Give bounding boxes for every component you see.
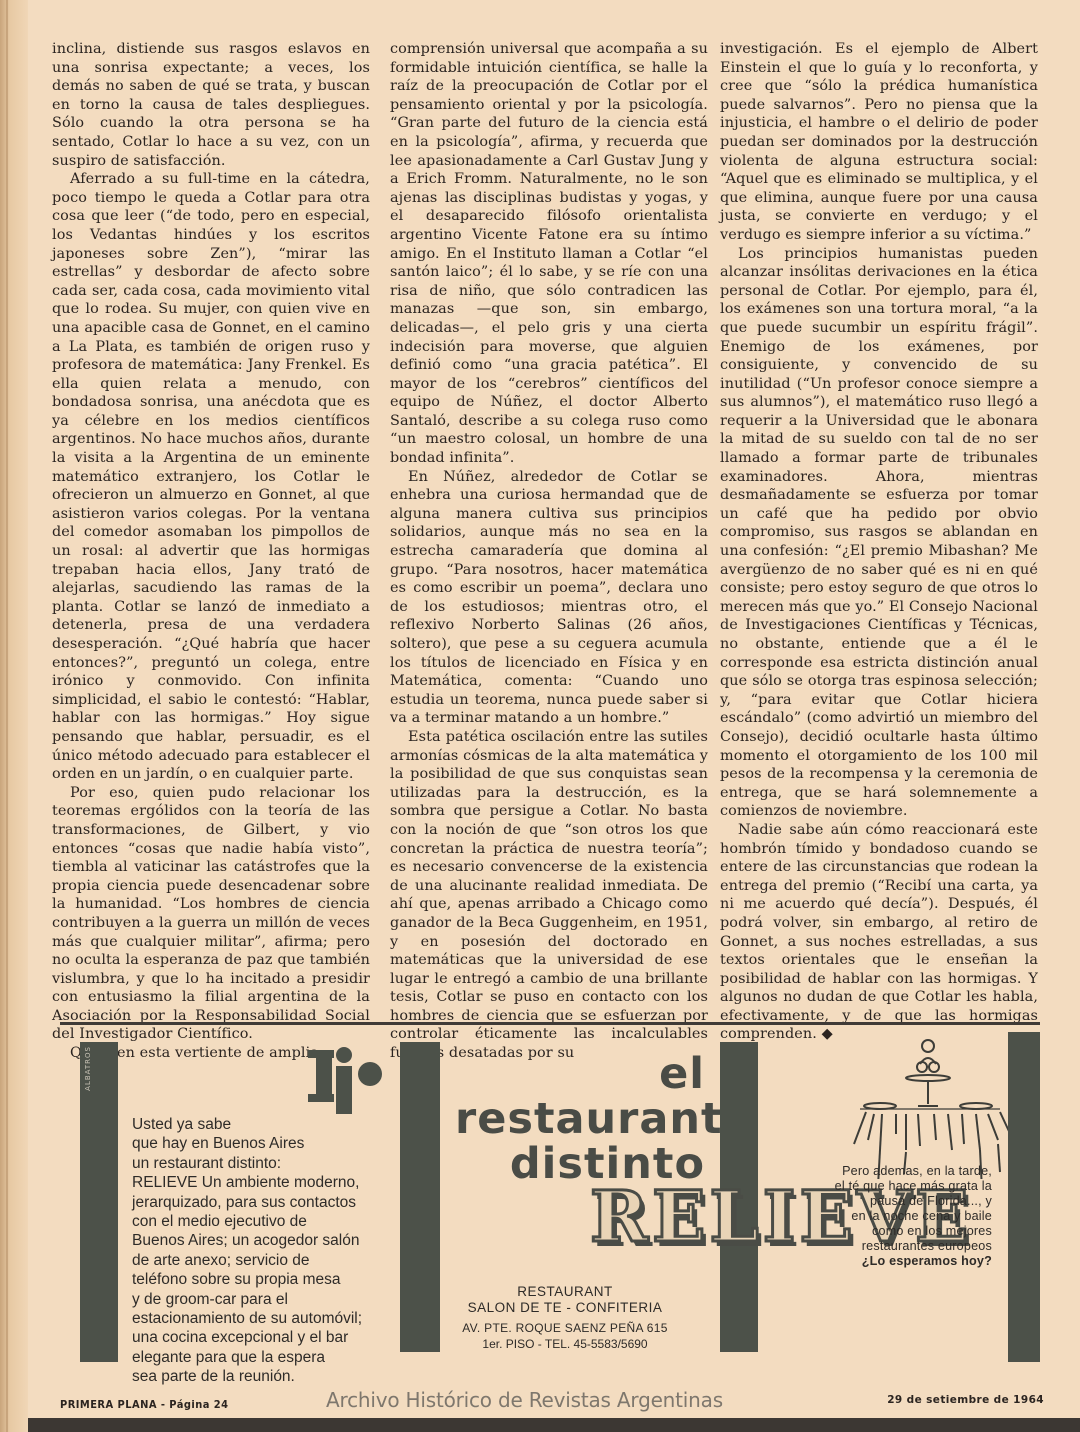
article-paragraph: Nadie sabe aún cómo reaccionará este hom… xyxy=(720,821,1038,1044)
ad-text-line: elegante para que la espera xyxy=(132,1348,402,1367)
ad-credit: ALBATROS xyxy=(84,1046,92,1091)
ad-text-line: RELIEVE Un ambiente moderno, xyxy=(132,1173,402,1192)
issue-date: 29 de setiembre de 1964 xyxy=(887,1394,1044,1406)
article-divider xyxy=(60,1022,1040,1025)
phone-line: 1er. PISO - TEL. 45-5583/5690 xyxy=(460,1336,670,1352)
archive-watermark: Archivo Histórico de Revistas Argentinas xyxy=(326,1388,723,1412)
info-line: SALON DE TE - CONFITERIA xyxy=(460,1300,670,1316)
headline-line: restaurant xyxy=(455,1097,705,1142)
article-column-3: investigación. Es el ejemplo de Albert E… xyxy=(720,40,1038,1044)
ad-headline: el restaurant distinto xyxy=(455,1052,705,1187)
headline-line: el xyxy=(455,1052,705,1097)
ad-text-line: pausa de Florida..., y xyxy=(780,1194,992,1209)
ad-text-line: como en los mejores xyxy=(780,1224,992,1239)
ad-text-line: Pero ademas, en la tarde, xyxy=(780,1164,992,1179)
article-paragraph: Por eso, quien pudo relacionar los teore… xyxy=(52,784,370,1044)
article-paragraph: comprensión universal que acompaña a su … xyxy=(390,40,708,468)
ad-text-line: Buenos Aires; un acogedor salón xyxy=(132,1231,402,1250)
ad-side-text: Pero ademas, en la tarde,el té que hace … xyxy=(780,1164,992,1269)
ad-text-line: un restaurant distinto: xyxy=(132,1154,402,1173)
ad-text-line: y de groom-car para el xyxy=(132,1290,402,1309)
ad-call-to-action: ¿Lo esperamos hoy? xyxy=(780,1254,992,1269)
relieve-advertisement: ALBATROS Usted ya sabeque hay en Buenos … xyxy=(60,1030,1040,1370)
restaurant-info: RESTAURANT SALON DE TE - CONFITERIA AV. … xyxy=(460,1284,670,1352)
ad-center-left-bar xyxy=(400,1042,440,1352)
ad-text-line: que hay en Buenos Aires xyxy=(132,1134,402,1153)
article-column-1: inclina, distiende sus rasgos eslavos en… xyxy=(52,40,370,1063)
page-footer: PRIMERA PLANA - Página 24 Archivo Histór… xyxy=(60,1392,1040,1416)
ad-text-line: en la noche cena y baile xyxy=(780,1209,992,1224)
article-paragraph: Esta patética oscilación entre las sutil… xyxy=(390,728,708,1063)
dining-table-illustration-icon xyxy=(840,1034,1030,1179)
page-binding-edge xyxy=(0,0,28,1432)
page-bottom-shadow xyxy=(28,1418,1080,1432)
info-line: RESTAURANT xyxy=(460,1284,670,1300)
ad-text-line: estacionamiento de su automóvil; xyxy=(132,1309,402,1328)
article-column-2: comprensión universal que acompaña a su … xyxy=(390,40,708,1063)
ad-text-line: restaurantes europeos xyxy=(780,1239,992,1254)
ad-text-line: sea parte de la reunión. xyxy=(132,1367,402,1386)
ad-right-bar xyxy=(1008,1032,1040,1362)
ad-text-line: Usted ya sabe xyxy=(132,1115,402,1134)
ad-text-line: una cocina excepcional y el bar xyxy=(132,1328,402,1347)
ad-text-line: jerarquizado, para sus contactos xyxy=(132,1193,402,1212)
article-paragraph: investigación. Es el ejemplo de Albert E… xyxy=(720,40,1038,245)
ad-text-line: teléfono sobre su propia mesa xyxy=(132,1270,402,1289)
article-paragraph: Los principios humanistas pueden alcanza… xyxy=(720,245,1038,821)
address-line: AV. PTE. ROQUE SAENZ PEÑA 615 xyxy=(460,1320,670,1336)
ad-text-line: de arte anexo; servicio de xyxy=(132,1251,402,1270)
article-paragraph: Aferrado a su full-time en la cátedra, p… xyxy=(52,170,370,784)
article-paragraph: inclina, distiende sus rasgos eslavos en… xyxy=(52,40,370,170)
relieve-logo-icon xyxy=(308,1044,388,1114)
ad-body-text: Usted ya sabeque hay en Buenos Airesun r… xyxy=(132,1115,402,1387)
ad-text-line: el té que hace más grata la xyxy=(780,1179,992,1194)
article-paragraph: En Núñez, alrededor de Cotlar se enhebra… xyxy=(390,468,708,728)
publication-page-label: PRIMERA PLANA - Página 24 xyxy=(60,1398,228,1411)
ad-text-line: con el medio ejecutivo de xyxy=(132,1212,402,1231)
